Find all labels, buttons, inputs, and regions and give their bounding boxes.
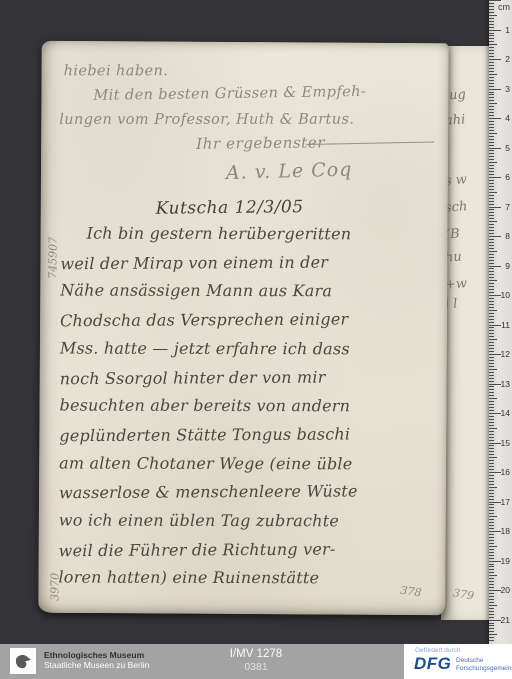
ruler-tick bbox=[489, 487, 497, 488]
ruler-tick bbox=[489, 425, 494, 426]
ruler-tick bbox=[489, 534, 494, 535]
ruler-tick bbox=[489, 392, 494, 393]
ruler-tick bbox=[489, 469, 494, 470]
ruler-tick bbox=[489, 375, 494, 376]
inventory-number: I/MV 1278 bbox=[156, 648, 356, 661]
ruler-tick bbox=[489, 552, 494, 553]
ruler-tick bbox=[489, 499, 494, 500]
letter-body-line: noch Ssorgol hinter der von mir bbox=[60, 366, 442, 387]
ruler-tick bbox=[489, 640, 494, 641]
ruler-tick bbox=[489, 555, 494, 556]
ruler-tick bbox=[489, 177, 501, 178]
ruler-tick bbox=[489, 631, 494, 632]
letter-body: Ich bin gestern herübergerittenweil der … bbox=[42, 41, 449, 43]
ruler-tick bbox=[489, 310, 497, 311]
ruler-tick bbox=[489, 127, 494, 128]
ruler-tick bbox=[489, 504, 494, 505]
ruler-tick bbox=[489, 18, 494, 19]
ruler-tick bbox=[489, 599, 494, 600]
ruler-tick bbox=[489, 593, 494, 594]
ruler-tick bbox=[489, 507, 494, 508]
letter-signature: A. v. Le Coq bbox=[226, 158, 353, 184]
ruler-number: 13 bbox=[501, 380, 510, 388]
ruler-tick bbox=[489, 531, 501, 532]
ruler-tick bbox=[489, 543, 494, 544]
ruler-tick bbox=[489, 153, 494, 154]
ruler-tick bbox=[489, 419, 494, 420]
letter-body-line: wo ich einen üblen Tag zubrachte bbox=[59, 511, 441, 531]
ruler-tick bbox=[489, 65, 494, 66]
ruler-tick bbox=[489, 103, 497, 104]
ruler-tick bbox=[489, 472, 501, 473]
ruler-tick bbox=[489, 47, 494, 48]
measurement-ruler: cm 123456789101112131415161718192021 bbox=[489, 0, 512, 644]
adjacent-text-fragment: sch bbox=[445, 199, 468, 216]
ruler-tick bbox=[489, 233, 494, 234]
ruler-tick bbox=[489, 522, 494, 523]
ruler-tick bbox=[489, 490, 494, 491]
ruler-tick bbox=[489, 139, 494, 140]
ruler-tick bbox=[489, 448, 494, 449]
museum-logo bbox=[10, 648, 36, 674]
ruler-tick bbox=[489, 100, 494, 101]
ruler-tick bbox=[489, 212, 494, 213]
ruler-tick bbox=[489, 74, 497, 75]
ruler-tick bbox=[489, 634, 497, 635]
ruler-tick bbox=[489, 83, 494, 84]
pencil-inventory-vertical: 745907 bbox=[46, 237, 59, 279]
ruler-tick bbox=[489, 389, 494, 390]
ruler-tick bbox=[489, 623, 494, 624]
ruler-tick bbox=[489, 71, 494, 72]
ruler-tick bbox=[489, 602, 494, 603]
ruler-tick bbox=[489, 528, 494, 529]
adjacent-text-fragment: +w bbox=[445, 276, 468, 293]
ruler-tick bbox=[489, 118, 501, 119]
ruler-number: 3 bbox=[505, 85, 510, 93]
ruler-tick bbox=[489, 608, 494, 609]
ruler-number: 12 bbox=[501, 350, 510, 358]
ruler-tick bbox=[489, 345, 494, 346]
ruler-tick bbox=[489, 496, 494, 497]
ruler-tick bbox=[489, 404, 494, 405]
ruler-tick bbox=[489, 540, 494, 541]
ruler-number: 21 bbox=[501, 616, 510, 624]
ruler-tick bbox=[489, 192, 497, 193]
ruler-tick bbox=[489, 236, 501, 237]
ruler-tick bbox=[489, 80, 494, 81]
ruler-tick bbox=[489, 620, 501, 621]
ruler-tick bbox=[489, 510, 494, 511]
ruler-tick bbox=[489, 440, 494, 441]
letter-body-line: Nähe ansässigen Mann aus Kara bbox=[60, 281, 442, 301]
ruler-tick bbox=[489, 569, 494, 570]
ruler-tick bbox=[489, 410, 494, 411]
ruler-tick bbox=[489, 463, 494, 464]
letter-body-line: geplünderten Stätte Tongus baschi bbox=[59, 424, 441, 445]
ruler-tick bbox=[489, 322, 494, 323]
ruler-tick bbox=[489, 513, 494, 514]
funding-note: Gefördert durch bbox=[415, 647, 461, 654]
ruler-tick bbox=[489, 283, 494, 284]
ruler-tick bbox=[489, 6, 494, 7]
ruler-tick bbox=[489, 195, 494, 196]
ruler-tick bbox=[489, 475, 494, 476]
ruler-tick bbox=[489, 319, 494, 320]
ruler-tick bbox=[489, 44, 497, 45]
ruler-tick bbox=[489, 239, 494, 240]
ruler-tick bbox=[489, 637, 494, 638]
ruler-tick bbox=[489, 292, 494, 293]
ruler-tick bbox=[489, 77, 494, 78]
ruler-tick bbox=[489, 590, 501, 591]
eagle-icon bbox=[14, 653, 32, 669]
ruler-tick bbox=[489, 466, 494, 467]
ruler-tick bbox=[489, 336, 494, 337]
ruler-tick bbox=[489, 227, 494, 228]
ruler-tick bbox=[489, 180, 494, 181]
ruler-tick bbox=[489, 174, 494, 175]
ruler-tick bbox=[489, 575, 497, 576]
ruler-tick bbox=[489, 248, 494, 249]
ruler-tick bbox=[489, 35, 494, 36]
ruler-tick bbox=[489, 168, 494, 169]
funder-name-line1: Deutsche bbox=[456, 657, 512, 665]
ruler-tick bbox=[489, 148, 501, 149]
ruler-tick bbox=[489, 142, 494, 143]
ruler-tick bbox=[489, 519, 494, 520]
ruler-number: 1 bbox=[505, 26, 510, 34]
ruler-tick bbox=[489, 21, 494, 22]
ruler-tick bbox=[489, 587, 494, 588]
scan-viewport: lugahis wsch(Bhu+wi l 379 hiebei haben.M… bbox=[0, 0, 512, 679]
footer-bar: Ethnologisches Museum Staatliche Museen … bbox=[0, 644, 512, 679]
ruler-tick bbox=[489, 89, 501, 90]
ruler-number: 9 bbox=[505, 262, 510, 270]
ruler-tick bbox=[489, 454, 494, 455]
ruler-number: 19 bbox=[501, 557, 510, 565]
adjacent-page-edge: lugahis wsch(Bhu+wi l 379 bbox=[441, 46, 490, 620]
pencil-number-vertical: 3970 bbox=[48, 573, 61, 601]
ruler-tick bbox=[489, 266, 501, 267]
ruler-tick bbox=[489, 112, 494, 113]
ruler-tick bbox=[489, 301, 494, 302]
ruler-tick bbox=[489, 263, 494, 264]
ruler-tick bbox=[489, 27, 494, 28]
manuscript-page: hiebei haben.Mit den besten Grüssen & Em… bbox=[38, 41, 448, 615]
ruler-tick bbox=[489, 150, 494, 151]
ruler-tick bbox=[489, 416, 494, 417]
ruler-number: 16 bbox=[501, 468, 510, 476]
ruler-tick bbox=[489, 304, 494, 305]
letter-body-line: Ich bin gestern herübergeritten bbox=[61, 224, 443, 244]
ruler-tick bbox=[489, 254, 494, 255]
ruler-tick bbox=[489, 493, 494, 494]
ruler-number: 6 bbox=[505, 173, 510, 181]
ruler-tick bbox=[489, 94, 494, 95]
ruler-tick bbox=[489, 115, 494, 116]
ruler-tick bbox=[489, 614, 494, 615]
ruler-tick bbox=[489, 422, 494, 423]
ruler-tick bbox=[489, 516, 497, 517]
adjacent-page-pencil-number: 379 bbox=[452, 586, 475, 602]
ruler-tick bbox=[489, 209, 494, 210]
ruler-tick bbox=[489, 348, 494, 349]
museum-names: Ethnologisches Museum Staatliche Museen … bbox=[44, 650, 149, 670]
ruler-tick bbox=[489, 546, 497, 547]
ruler-tick bbox=[489, 384, 501, 385]
ruler-tick bbox=[489, 38, 494, 39]
ruler-tick bbox=[489, 339, 497, 340]
ruler-tick bbox=[489, 274, 494, 275]
ruler-tick bbox=[489, 171, 494, 172]
ruler-number: 17 bbox=[501, 498, 510, 506]
ruler-tick bbox=[489, 9, 494, 10]
scan-number: 0381 bbox=[156, 661, 356, 674]
ruler-tick bbox=[489, 56, 494, 57]
ruler-tick bbox=[489, 578, 494, 579]
ruler-tick bbox=[489, 372, 494, 373]
ruler-tick bbox=[489, 30, 501, 31]
ruler-tick bbox=[489, 97, 494, 98]
ruler-tick bbox=[489, 59, 501, 60]
ruler-tick bbox=[489, 268, 494, 269]
ruler-tick bbox=[489, 330, 494, 331]
ruler-number: 4 bbox=[505, 114, 510, 122]
funder-name-line2: Forschungsgemeinschaft bbox=[456, 665, 512, 673]
ruler-tick bbox=[489, 605, 497, 606]
ruler-tick bbox=[489, 109, 494, 110]
dfg-logo: DFG bbox=[414, 654, 451, 674]
signature-flourish bbox=[306, 141, 434, 145]
ruler-tick bbox=[489, 386, 494, 387]
ruler-tick bbox=[489, 378, 494, 379]
ruler-tick bbox=[489, 186, 494, 187]
ruler-tick bbox=[489, 207, 501, 208]
ruler-tick bbox=[489, 525, 494, 526]
ruler-tick bbox=[489, 327, 494, 328]
ruler-tick bbox=[489, 124, 494, 125]
ruler-tick bbox=[489, 12, 494, 13]
ruler-tick bbox=[489, 183, 494, 184]
ruler-tick bbox=[489, 50, 494, 51]
ruler-tick bbox=[489, 360, 494, 361]
ruler-tick bbox=[489, 257, 494, 258]
ruler-tick bbox=[489, 381, 494, 382]
ruler-tick bbox=[489, 596, 494, 597]
ruler-tick bbox=[489, 298, 494, 299]
ruler-tick bbox=[489, 481, 494, 482]
ruler-tick bbox=[489, 445, 494, 446]
ruler-tick bbox=[489, 407, 494, 408]
ruler-tick bbox=[489, 92, 494, 93]
ruler-tick bbox=[489, 428, 497, 429]
ruler-tick bbox=[489, 537, 494, 538]
ruler-tick bbox=[489, 561, 501, 562]
dfg-logo-box: Gefördert durch DFG Deutsche Forschungsg… bbox=[404, 644, 512, 679]
ruler-tick bbox=[489, 277, 494, 278]
ruler-tick bbox=[489, 162, 497, 163]
ruler-tick bbox=[489, 357, 494, 358]
ruler-tick bbox=[489, 437, 494, 438]
ruler-tick bbox=[489, 33, 494, 34]
ruler-tick bbox=[489, 628, 494, 629]
ruler-tick bbox=[489, 502, 501, 503]
ruler-tick bbox=[489, 478, 494, 479]
ruler-tick bbox=[489, 313, 494, 314]
ruler-tick bbox=[489, 369, 497, 370]
ruler-tick bbox=[489, 351, 494, 352]
ruler-tick bbox=[489, 260, 494, 261]
ruler-tick bbox=[489, 251, 497, 252]
ruler-tick bbox=[489, 549, 494, 550]
letter-body-line: wasserlose & menschenleere Wüste bbox=[59, 481, 441, 502]
ruler-tick bbox=[489, 280, 497, 281]
ruler-number: 5 bbox=[505, 144, 510, 152]
ruler-number: 7 bbox=[505, 203, 510, 211]
ruler-tick bbox=[489, 41, 494, 42]
ruler-number: 10 bbox=[501, 291, 510, 299]
ruler-tick bbox=[489, 24, 494, 25]
letter-dateline: Kutscha 12/3/05 bbox=[156, 197, 304, 219]
ruler-tick bbox=[489, 156, 494, 157]
ruler-tick bbox=[489, 165, 494, 166]
ruler-tick bbox=[489, 204, 494, 205]
ruler-tick bbox=[489, 271, 494, 272]
inventory-block: I/MV 1278 0381 bbox=[156, 648, 356, 674]
ruler-number: 15 bbox=[501, 439, 510, 447]
letter-body-line: Chodscha das Versprechen einiger bbox=[60, 309, 442, 330]
ruler-tick bbox=[489, 245, 494, 246]
ruler-tick bbox=[489, 189, 494, 190]
ruler-tick bbox=[489, 121, 494, 122]
letter-closing: hiebei haben.Mit den besten Grüssen & Em… bbox=[42, 41, 449, 43]
ruler-tick bbox=[489, 53, 494, 54]
ruler-tick bbox=[489, 342, 494, 343]
ruler-tick bbox=[489, 224, 494, 225]
ruler-tick bbox=[489, 617, 494, 618]
museum-name: Ethnologisches Museum bbox=[44, 650, 149, 660]
ruler-tick bbox=[489, 363, 494, 364]
ruler-tick bbox=[489, 566, 494, 567]
ruler-tick bbox=[489, 316, 494, 317]
letter-body-line: Mss. hatte — jetzt erfahre ich dass bbox=[60, 338, 442, 358]
ruler-tick bbox=[489, 354, 501, 355]
ruler-tick bbox=[489, 133, 497, 134]
ruler-tick bbox=[489, 62, 494, 63]
ruler-tick bbox=[489, 106, 494, 107]
ruler-tick bbox=[489, 398, 497, 399]
pencil-page-number: 378 bbox=[400, 584, 423, 600]
letter-body-line: weil der Mirap von einem in der bbox=[60, 252, 442, 273]
ruler-tick bbox=[489, 333, 494, 334]
funder-name: Deutsche Forschungsgemeinschaft bbox=[456, 657, 512, 672]
ruler-tick bbox=[489, 451, 494, 452]
ruler-tick bbox=[489, 215, 494, 216]
ruler-tick bbox=[489, 457, 497, 458]
ruler-tick bbox=[489, 443, 501, 444]
ruler-tick bbox=[489, 581, 494, 582]
ruler-tick bbox=[489, 434, 494, 435]
ruler-tick bbox=[489, 431, 494, 432]
ruler-tick bbox=[489, 159, 494, 160]
ruler-tick bbox=[489, 401, 494, 402]
ruler-tick bbox=[489, 130, 494, 131]
letter-closing-line: hiebei haben. bbox=[64, 63, 169, 79]
ruler-tick bbox=[489, 230, 494, 231]
ruler-tick bbox=[489, 395, 494, 396]
ruler-tick bbox=[489, 295, 501, 296]
ruler-tick bbox=[489, 564, 494, 565]
ruler-tick bbox=[489, 145, 494, 146]
museum-subtitle: Staatliche Museen zu Berlin bbox=[44, 660, 149, 670]
ruler-tick bbox=[489, 484, 494, 485]
ruler-tick bbox=[489, 460, 494, 461]
ruler-tick bbox=[489, 0, 501, 1]
letter-body-line: am alten Chotaner Wege (eine üble bbox=[59, 453, 441, 473]
ruler-number: 14 bbox=[501, 409, 510, 417]
ruler-tick bbox=[489, 307, 494, 308]
ruler-tick bbox=[489, 366, 494, 367]
ruler-tick bbox=[489, 136, 494, 137]
ruler-tick bbox=[489, 218, 494, 219]
letter-body-line: loren hatten) eine Ruinenstätte bbox=[58, 568, 440, 588]
ruler-tick bbox=[489, 221, 497, 222]
ruler-tick bbox=[489, 242, 494, 243]
ruler-tick bbox=[489, 15, 497, 16]
ruler-tick bbox=[489, 3, 494, 4]
ruler-number: 8 bbox=[505, 232, 510, 240]
ruler-tick bbox=[489, 86, 494, 87]
ruler-tick bbox=[489, 325, 501, 326]
ruler-tick bbox=[489, 558, 494, 559]
ruler-tick bbox=[489, 413, 501, 414]
ruler-tick bbox=[489, 201, 494, 202]
ruler-tick bbox=[489, 572, 494, 573]
ruler-number: 20 bbox=[501, 586, 510, 594]
letter-closing-line: lungen vom Professor, Huth & Bartus. bbox=[59, 112, 354, 128]
letter-closing-line: Mit den besten Grüssen & Empfeh- bbox=[93, 84, 366, 104]
ruler-tick bbox=[489, 289, 494, 290]
ruler-tick bbox=[489, 611, 494, 612]
ruler-tick bbox=[489, 625, 494, 626]
ruler-number: 2 bbox=[505, 55, 510, 63]
letter-body-line: besuchten aber bereits von andern bbox=[60, 396, 442, 416]
ruler-number: 18 bbox=[501, 527, 510, 535]
ruler-tick bbox=[489, 68, 494, 69]
ruler-tick bbox=[489, 198, 494, 199]
ruler-tick bbox=[489, 286, 494, 287]
ruler-number: 11 bbox=[501, 321, 510, 329]
letter-body-line: weil die Führer die Richtung ver- bbox=[59, 539, 441, 560]
ruler-unit-label: cm bbox=[498, 2, 510, 12]
ruler-tick bbox=[489, 584, 494, 585]
